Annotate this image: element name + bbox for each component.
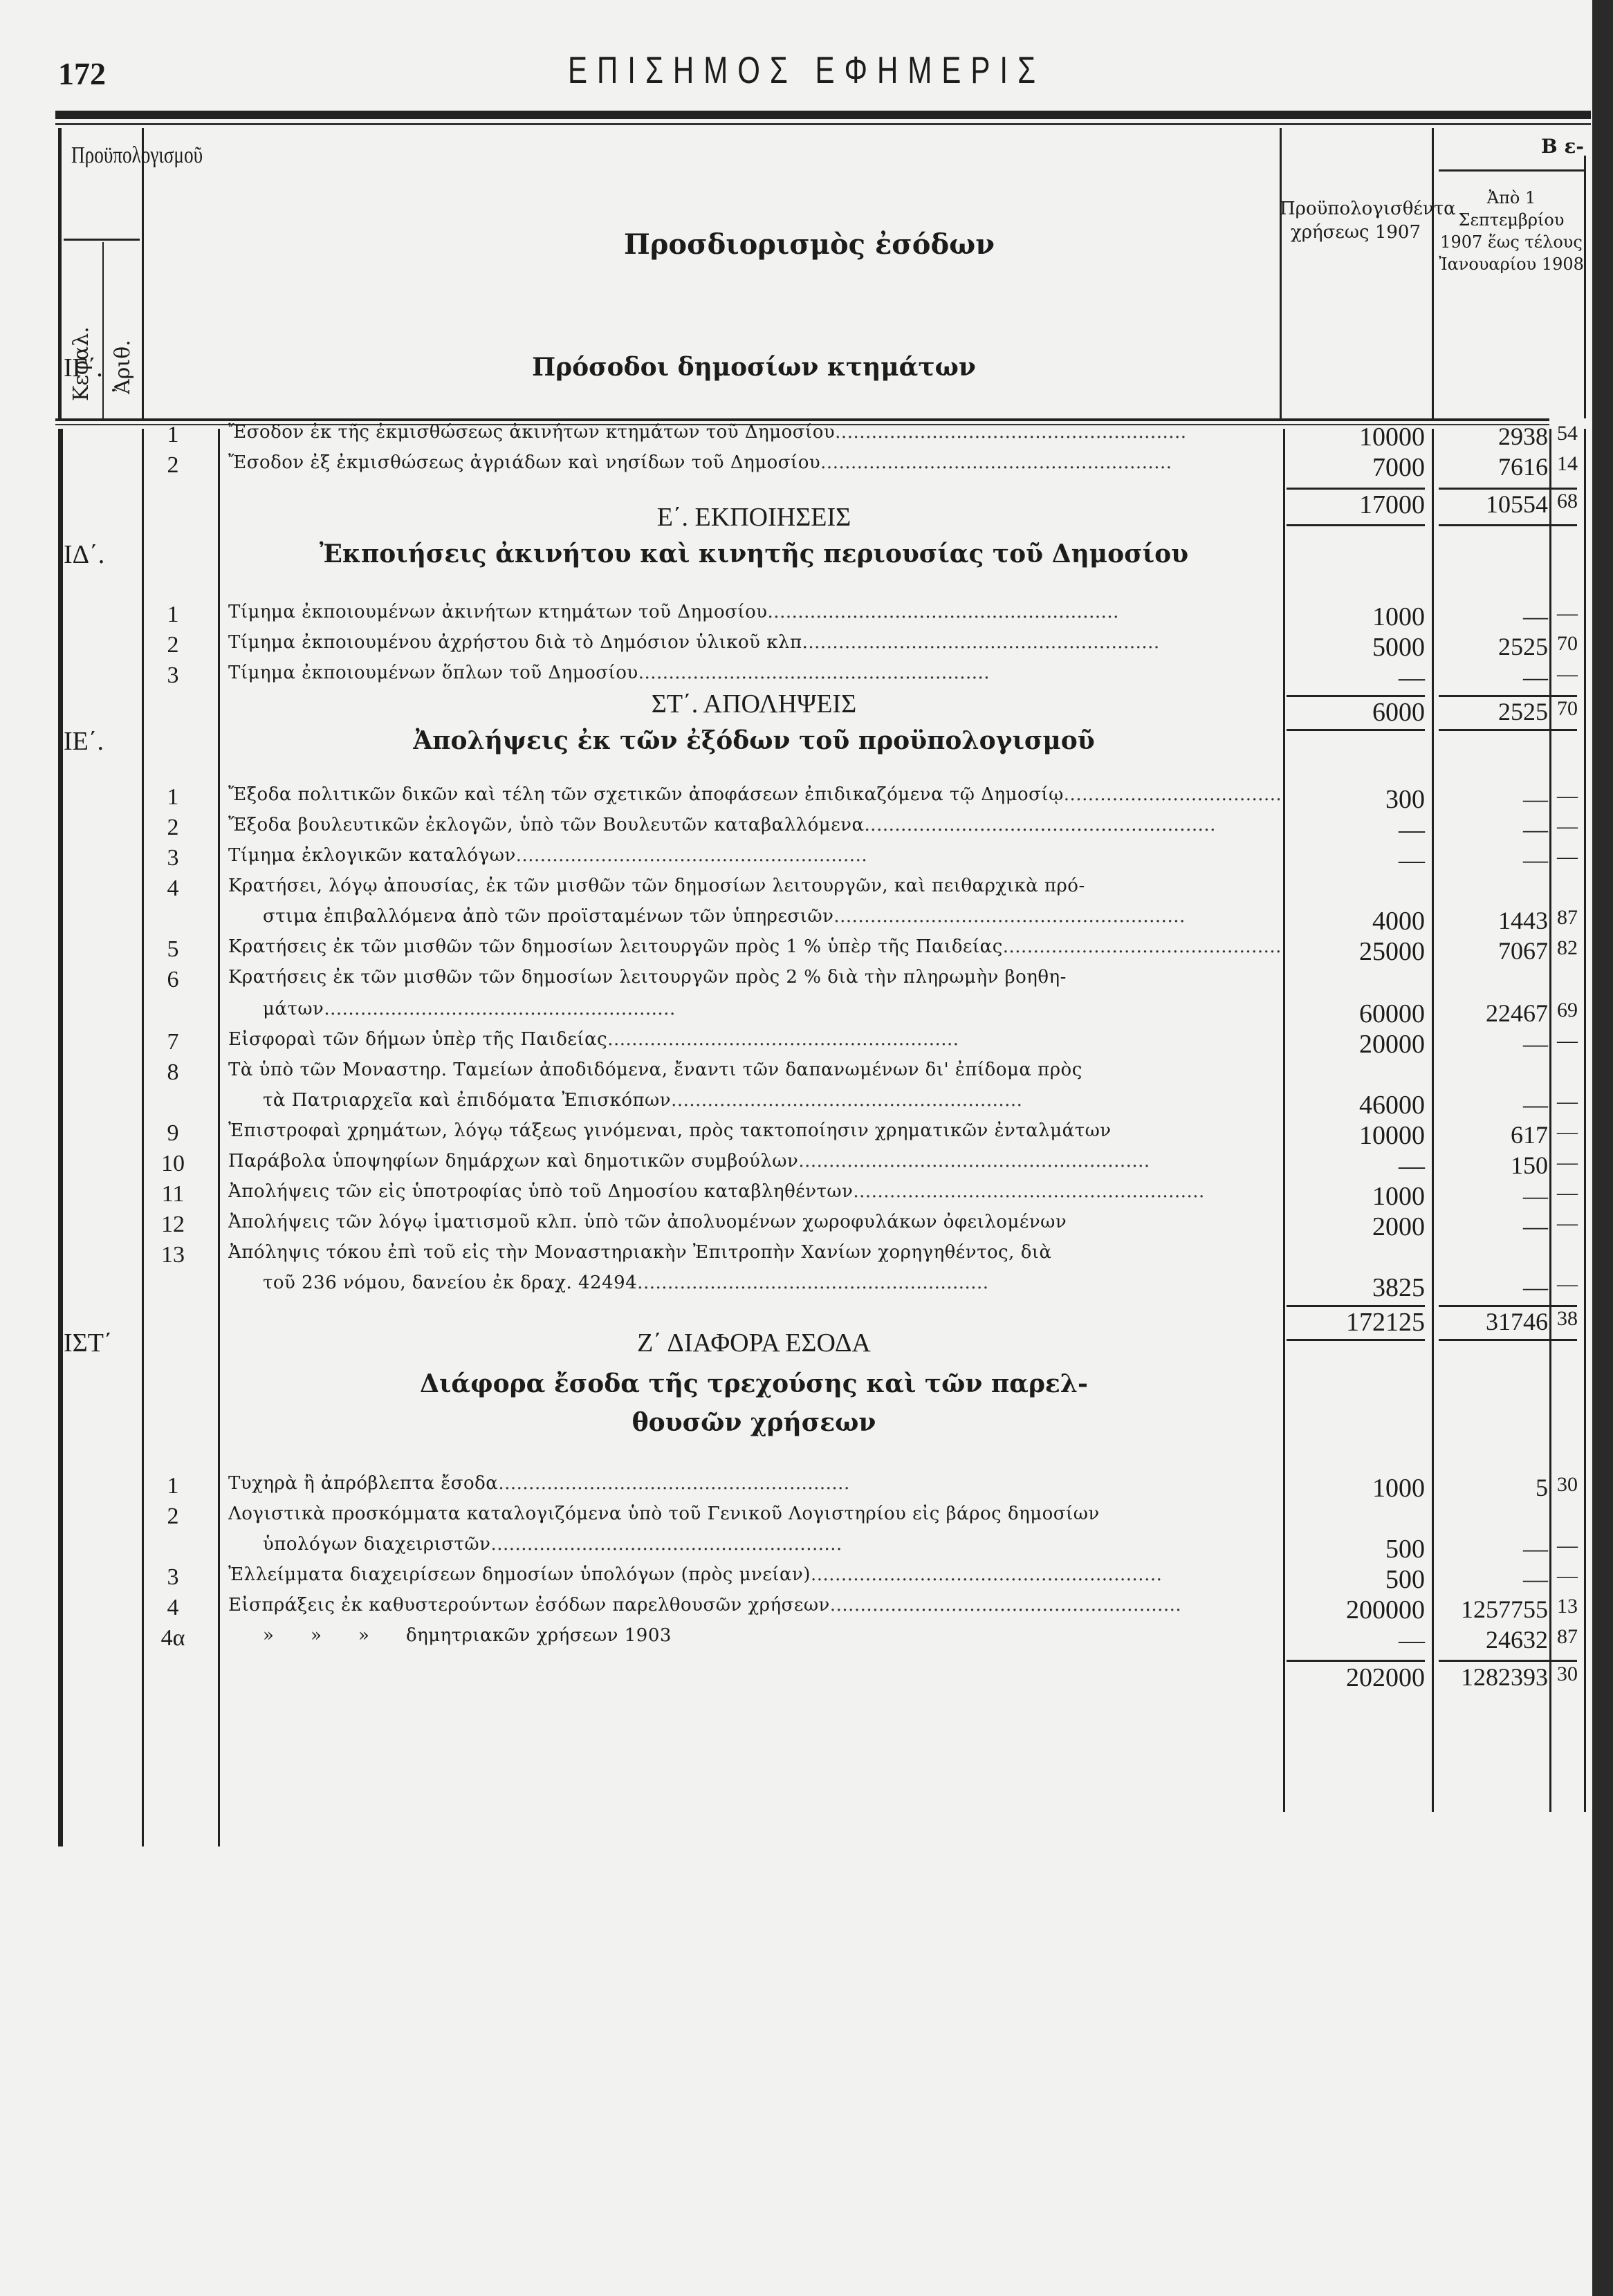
budget-value: — — [1287, 815, 1425, 845]
item-description-continued: στιμα ἐπιβαλλόμενα ἀπὸ τῶν προϊσταμένων … — [263, 906, 1280, 927]
total-collected: 1282393 — [1439, 1663, 1548, 1692]
collected-value: — — [1439, 1212, 1548, 1241]
section-subtitle-continued: θουσῶν χρήσεων — [228, 1408, 1280, 1437]
table-row: 3 Ἐλλείμματα διαχειρίσεων δημοσίων ὑπολό… — [55, 1564, 1591, 1595]
budget-value: 46000 — [1287, 1090, 1425, 1120]
item-description-continued: μάτων...................................… — [263, 999, 1280, 1019]
item-description: Ἔσοδον ἐξ ἐκμισθώσεως ἀγριάδων καὶ νησίδ… — [228, 452, 1280, 473]
col-divider — [102, 242, 104, 418]
collected-value: — — [1439, 1090, 1548, 1119]
collected-value: — — [1439, 663, 1548, 692]
collected-cents: — — [1554, 1120, 1581, 1144]
collected-value: — — [1439, 1029, 1548, 1058]
budget-value: 1000 — [1287, 1473, 1425, 1503]
group-heading: Ε΄. ΕΚΠΟΙΗΣΕΙΣ — [228, 502, 1280, 533]
item-description: Τίμημα ἐκποιουμένου ἀχρήστου διὰ τὸ Δημό… — [228, 632, 1280, 653]
budget-value: — — [1287, 1151, 1425, 1181]
article-number: 4α — [142, 1625, 204, 1651]
subtotal-rule — [1287, 1660, 1425, 1662]
table-row: 4 Κρατήσει, λόγῳ ἀπουσίας, ἐκ τῶν μισθῶν… — [55, 876, 1591, 906]
top-rule-thin — [55, 123, 1591, 125]
table-row: 6 Κρατήσεις ἐκ τῶν μισθῶν τῶν δημοσίων λ… — [55, 967, 1591, 997]
article-number: 2 — [142, 1503, 204, 1530]
budget-value: 4000 — [1287, 906, 1425, 936]
item-description: Ἔξοδα πολιτικῶν δικῶν καὶ τέλη τῶν σχετι… — [228, 784, 1280, 805]
collected-cents: — — [1554, 1272, 1581, 1296]
budget-value: — — [1287, 845, 1425, 876]
item-description: Τὰ ὑπὸ τῶν Μοναστηρ. Ταμείων ἀποδιδόμενα… — [228, 1059, 1280, 1080]
item-description: Τίμημα ἐκλογικῶν καταλόγων..............… — [228, 845, 1280, 866]
budget-value: — — [1287, 1625, 1425, 1656]
collected-cents: — — [1554, 845, 1581, 869]
table-row: 12 Ἀπολήψεις τῶν λόγῳ ἱματισμοῦ κλπ. ὑπὸ… — [55, 1212, 1591, 1242]
collected-value: — — [1439, 1564, 1548, 1593]
budget-value: 2000 — [1287, 1212, 1425, 1242]
collected-cents: 13 — [1554, 1595, 1581, 1618]
item-description-continued: τοῦ 236 νόμου, δανείου ἐκ δραχ. 42494...… — [263, 1272, 1280, 1293]
collected-cents: 70 — [1554, 632, 1581, 656]
section-subtitle-row: Διάφορα ἔσοδα τῆς τρεχούσης καὶ τῶν παρε… — [55, 1369, 1591, 1400]
article-number: 1 — [142, 602, 204, 628]
collected-cents: — — [1554, 602, 1581, 625]
collected-value: 7616 — [1439, 452, 1548, 481]
budget-value: 500 — [1287, 1564, 1425, 1595]
collected-cents: — — [1554, 663, 1581, 686]
section-header: ΙΣΤ΄ Ζ΄ ΔΙΑΦΟΡΑ ΕΣΟΔΑ — [55, 1328, 1591, 1358]
chapter-number: ΙΔ΄. — [64, 539, 140, 570]
collected-cents: — — [1554, 815, 1581, 838]
article-number: 13 — [142, 1242, 204, 1268]
article-number: 4 — [142, 1595, 204, 1621]
item-description: Κρατήσεις ἐκ τῶν μισθῶν τῶν δημοσίων λει… — [228, 936, 1280, 957]
table-row: 2 Ἔξοδα βουλευτικῶν ἐκλογῶν, ὑπὸ τῶν Βου… — [55, 815, 1591, 845]
chapter-number: ΙΓ΄. — [64, 353, 140, 383]
collected-value: — — [1439, 815, 1548, 844]
budget-value: 25000 — [1287, 936, 1425, 967]
article-number: 2 — [142, 632, 204, 658]
item-description: Τίμημα ἐκποιουμένων ὅπλων τοῦ Δημοσίου..… — [228, 663, 1280, 683]
budget-group-label: Προϋπολογισμοῦ — [71, 142, 132, 169]
collected-cents: — — [1554, 784, 1581, 808]
collected-value: 617 — [1439, 1120, 1548, 1149]
item-description: Ἀπολήψεις τῶν λόγῳ ἱματισμοῦ κλπ. ὑπὸ τῶ… — [228, 1212, 1280, 1232]
budget-value: 3825 — [1287, 1272, 1425, 1303]
table-row: 1 Ἔσοδον ἐκ τῆς ἐκμισθώσεως ἀκινήτων κτη… — [55, 422, 1591, 452]
collected-value: 24632 — [1439, 1625, 1548, 1654]
article-number: 2 — [142, 815, 204, 841]
article-number: 8 — [142, 1059, 204, 1086]
table-row: 4α » » » δημητριακῶν χρήσεων 1903 — 2463… — [55, 1625, 1591, 1656]
budget-value: 20000 — [1287, 1029, 1425, 1059]
article-number: 1 — [142, 1473, 204, 1499]
item-description: Ἀπόληψις τόκου ἐπὶ τοῦ εἰς τὴν Μοναστηρι… — [228, 1242, 1280, 1263]
collected-cents: — — [1554, 1564, 1581, 1588]
budget-value: 60000 — [1287, 999, 1425, 1029]
article-number: 1 — [142, 422, 204, 448]
table-row: 2 Λογιστικὰ προσκόμματα καταλογιζόμενα ὑ… — [55, 1503, 1591, 1534]
collected-cents: — — [1554, 1181, 1581, 1205]
section-total-row: 202000 1282393 30 — [55, 1663, 1591, 1693]
article-number: 9 — [142, 1120, 204, 1147]
item-description: Παράβολα ὑποψηφίων δημάρχων καὶ δημοτικῶ… — [228, 1151, 1280, 1172]
collected-cents: 14 — [1554, 452, 1581, 476]
header-split — [1439, 169, 1584, 172]
table-row: 10 Παράβολα ὑποψηφίων δημάρχων καὶ δημοτ… — [55, 1151, 1591, 1181]
collected-value: 150 — [1439, 1151, 1548, 1180]
table-row: 1 Τυχηρὰ ἢ ἀπρόβλεπτα ἔσοδα.............… — [55, 1473, 1591, 1503]
item-description: Λογιστικὰ προσκόμματα καταλογιζόμενα ὑπὸ… — [228, 1503, 1280, 1524]
article-number: 2 — [142, 452, 204, 479]
group-heading-row: ΣΤ΄. ΑΠΟΛΗΨΕΙΣ — [55, 689, 1591, 719]
collected-value: — — [1439, 1534, 1548, 1563]
collected-value: 7067 — [1439, 936, 1548, 965]
section-header: ΙΕ΄. Ἀπολήψεις ἐκ τῶν ἐξόδων τοῦ προϋπολ… — [55, 726, 1591, 757]
article-number: 4 — [142, 876, 204, 902]
article-number: 11 — [142, 1181, 204, 1207]
collected-cents: — — [1554, 1534, 1581, 1557]
article-number: 3 — [142, 845, 204, 871]
table-row: 4 Εἰσπράξεις ἐκ καθυστερούντων ἐσόδων πα… — [55, 1595, 1591, 1625]
collected-cents: 82 — [1554, 936, 1581, 960]
collected-value: — — [1439, 602, 1548, 631]
total-cents: 38 — [1554, 1307, 1581, 1331]
article-number: 3 — [142, 663, 204, 689]
collected-value: 5 — [1439, 1473, 1548, 1502]
article-number: 1 — [142, 784, 204, 811]
item-description: Ἐλλείμματα διαχειρίσεων δημοσίων ὑπολόγω… — [228, 1564, 1280, 1585]
item-description: Κρατήσει, λόγῳ ἀπουσίας, ἐκ τῶν μισθῶν τ… — [228, 876, 1280, 896]
chapter-number: ΙΣΤ΄ — [64, 1328, 140, 1358]
collected-label: Ἀπὸ 1 Σεπτεμβρίου 1907 ἕως τέλους Ἰανουα… — [1439, 187, 1584, 275]
collected-cents: 69 — [1554, 999, 1581, 1022]
collected-value: 1443 — [1439, 906, 1548, 935]
table-row: 9 Ἐπιστροφαὶ χρημάτων, λόγῳ τάξεως γινόμ… — [55, 1120, 1591, 1151]
budget-value: 1000 — [1287, 602, 1425, 632]
collected-cents: 87 — [1554, 1625, 1581, 1649]
section-subtitle: Ἐκποιήσεις ἀκινήτου καὶ κινητῆς περιουσί… — [228, 539, 1280, 568]
budget-value: 1000 — [1287, 1181, 1425, 1212]
item-description: » » » δημητριακῶν χρήσεων 1903 — [263, 1625, 1280, 1646]
item-description: Ἔσοδον ἐκ τῆς ἐκμισθώσεως ἀκινήτων κτημά… — [228, 422, 1280, 443]
collected-value: — — [1439, 784, 1548, 813]
table-row: 1 Ἔξοδα πολιτικῶν δικῶν καὶ τέλη τῶν σχε… — [55, 784, 1591, 815]
collected-value: — — [1439, 1272, 1548, 1302]
scan-edge — [1592, 0, 1613, 2296]
collected-cents: — — [1554, 1029, 1581, 1053]
collected-cents: — — [1554, 1212, 1581, 1235]
article-number: 5 — [142, 936, 204, 963]
group-heading-row: Ε΄. ΕΚΠΟΙΗΣΕΙΣ — [55, 502, 1591, 533]
table-row-continuation: τὰ Πατριαρχεῖα καὶ ἐπιδόματα Ἐπισκόπων..… — [55, 1090, 1591, 1120]
collected-top-label: Β ε- — [1494, 135, 1584, 158]
header-split — [64, 239, 140, 241]
table-row-continuation: μάτων...................................… — [55, 999, 1591, 1029]
table-row: 3 Τίμημα ἐκλογικῶν καταλόγων............… — [55, 845, 1591, 876]
table-row: 13 Ἀπόληψις τόκου ἐπὶ τοῦ εἰς τὴν Μοναστ… — [55, 1242, 1591, 1272]
table-row: 8 Τὰ ὑπὸ τῶν Μοναστηρ. Ταμείων ἀποδιδόμε… — [55, 1059, 1591, 1090]
top-rule — [55, 111, 1591, 119]
group-heading: ΣΤ΄. ΑΠΟΛΗΨΕΙΣ — [228, 689, 1280, 719]
collected-value: — — [1439, 1181, 1548, 1210]
article-number: 3 — [142, 1564, 204, 1591]
item-description-continued: τὰ Πατριαρχεῖα καὶ ἐπιδόματα Ἐπισκόπων..… — [263, 1090, 1280, 1111]
table-row: 1 Τίμημα ἐκποιουμένων ἀκινήτων κτημάτων … — [55, 602, 1591, 632]
item-description: Τίμημα ἐκποιουμένων ἀκινήτων κτημάτων το… — [228, 602, 1280, 622]
total-cents: 30 — [1554, 1663, 1581, 1686]
article-number: 6 — [142, 967, 204, 993]
total-budget: 202000 — [1287, 1663, 1425, 1693]
article-number: 7 — [142, 1029, 204, 1055]
collected-cents: — — [1554, 1151, 1581, 1174]
subtotal-rule — [1439, 1660, 1577, 1662]
collected-value: 2938 — [1439, 422, 1548, 451]
section-subtitle: Ἀπολήψεις ἐκ τῶν ἐξόδων τοῦ προϋπολογισμ… — [228, 726, 1280, 755]
group-heading: Ζ΄ ΔΙΑΦΟΡΑ ΕΣΟΔΑ — [228, 1328, 1280, 1358]
collected-value: — — [1439, 845, 1548, 874]
article-number: 12 — [142, 1212, 204, 1238]
collected-value: 1257755 — [1439, 1595, 1548, 1624]
table-row-continuation: στιμα ἐπιβαλλόμενα ἀπὸ τῶν προϊσταμένων … — [55, 906, 1591, 936]
section-subtitle-row: θουσῶν χρήσεων — [55, 1408, 1591, 1438]
item-description: Ἔξοδα βουλευτικῶν ἐκλογῶν, ὑπὸ τῶν Βουλε… — [228, 815, 1280, 835]
table-row: 5 Κρατήσεις ἐκ τῶν μισθῶν τῶν δημοσίων λ… — [55, 936, 1591, 967]
item-description: Ἀπολήψεις τῶν εἰς ὑποτροφίας ὑπὸ τοῦ Δημ… — [228, 1181, 1280, 1202]
collected-cents: — — [1554, 1090, 1581, 1113]
table-row: 2 Ἔσοδον ἐξ ἐκμισθώσεως ἀγριάδων καὶ νησ… — [55, 452, 1591, 483]
item-description: Κρατήσεις ἐκ τῶν μισθῶν τῶν δημοσίων λει… — [228, 967, 1280, 988]
item-description: Εἰσπράξεις ἐκ καθυστερούντων ἐσόδων παρε… — [228, 1595, 1280, 1615]
budget-value: 500 — [1287, 1534, 1425, 1564]
budget-value: 7000 — [1287, 452, 1425, 483]
budgeted-label: Προϋπολογισθέντα χρήσεως 1907 — [1280, 197, 1432, 244]
chapter-number: ΙΕ΄. — [64, 726, 140, 757]
item-description: Εἰσφοραὶ τῶν δήμων ὑπὲρ τῆς Παιδείας....… — [228, 1029, 1280, 1050]
budget-value: 300 — [1287, 784, 1425, 815]
item-description-continued: ὑπολόγων διαχειριστῶν...................… — [263, 1534, 1280, 1555]
section-subtitle: Διάφορα ἔσοδα τῆς τρεχούσης καὶ τῶν παρε… — [228, 1369, 1280, 1398]
budget-value: 10000 — [1287, 1120, 1425, 1151]
budget-value: 10000 — [1287, 422, 1425, 452]
budget-value: 5000 — [1287, 632, 1425, 663]
budget-value: 200000 — [1287, 1595, 1425, 1625]
collected-cents: 54 — [1554, 422, 1581, 445]
header-rule — [55, 418, 1549, 421]
section-header: ΙΓ΄. Πρόσοδοι δημοσίων κτημάτων — [55, 353, 1591, 383]
table-row: 2 Τίμημα ἐκποιουμένου ἀχρήστου διὰ τὸ Δη… — [55, 632, 1591, 663]
description-label: Προσδιορισμὸς ἐσόδων — [284, 228, 1335, 261]
table-row: 7 Εἰσφοραὶ τῶν δήμων ὑπὲρ τῆς Παιδείας..… — [55, 1029, 1591, 1059]
gazette-title: ΕΠΙΣΗΜΟΣ ΕΦΗΜΕΡΙΣ — [0, 49, 1613, 92]
item-description: Τυχηρὰ ἢ ἀπρόβλεπτα ἔσοδα...............… — [228, 1473, 1280, 1494]
collected-cents: 30 — [1554, 1473, 1581, 1497]
item-description: Ἐπιστροφαὶ χρημάτων, λόγῳ τάξεως γινόμεν… — [228, 1120, 1280, 1141]
collected-cents: 87 — [1554, 906, 1581, 929]
section-subtitle: Πρόσοδοι δημοσίων κτημάτων — [228, 353, 1280, 382]
table-row-continuation: ὑπολόγων διαχειριστῶν...................… — [55, 1534, 1591, 1564]
section-header: ΙΔ΄. Ἐκποιήσεις ἀκινήτου καὶ κινητῆς περ… — [55, 539, 1591, 570]
collected-value: 2525 — [1439, 632, 1548, 661]
table-row: 11 Ἀπολήψεις τῶν εἰς ὑποτροφίας ὑπὸ τοῦ … — [55, 1181, 1591, 1212]
article-number: 10 — [142, 1151, 204, 1177]
collected-value: 22467 — [1439, 999, 1548, 1028]
table-row-continuation: τοῦ 236 νόμου, δανείου ἐκ δραχ. 42494...… — [55, 1272, 1591, 1303]
